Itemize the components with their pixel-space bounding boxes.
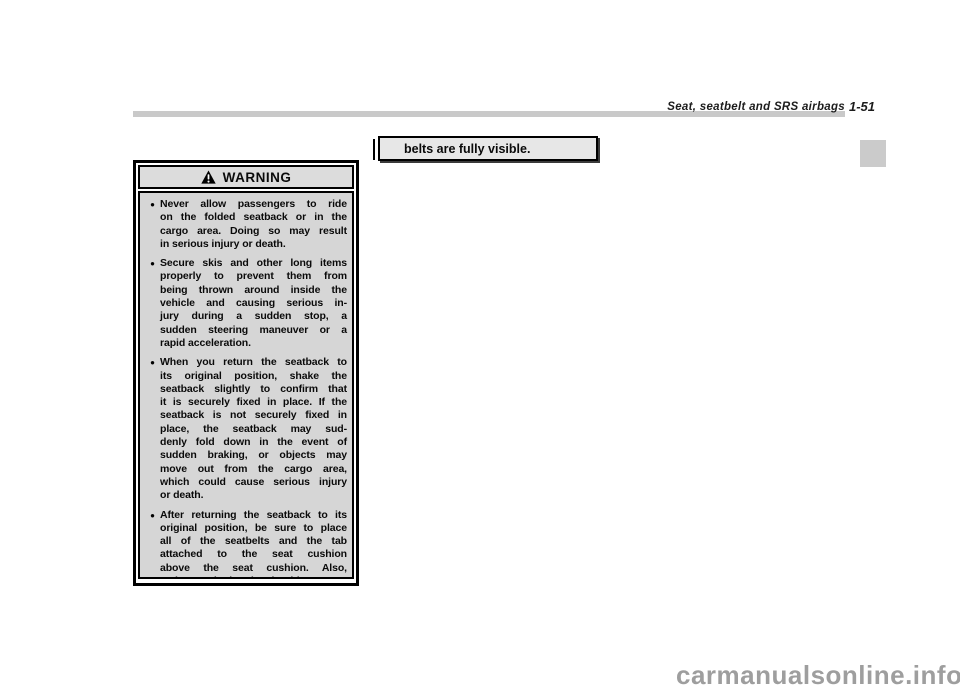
warning-body: ●Never allow passengers to rideon the fo… bbox=[138, 191, 354, 579]
warning-text-line: properly to prevent them from bbox=[160, 270, 347, 283]
warning-text-line: original position, be sure to place bbox=[160, 522, 347, 535]
warning-text-line: being thrown around inside the bbox=[160, 284, 347, 297]
warning-text-line: vehicle and causing serious in- bbox=[160, 297, 347, 310]
warning-bullet-item: ●Never allow passengers to rideon the fo… bbox=[145, 198, 347, 251]
warning-text-line: or death. bbox=[160, 489, 347, 502]
warning-text-line: its original position, shake the bbox=[160, 370, 347, 383]
warning-text-line: seatback slightly to confirm that bbox=[160, 383, 347, 396]
warning-text-line: cargo area. Doing so may result bbox=[160, 225, 347, 238]
warning-bullet-item: ●When you return the seatback toits orig… bbox=[145, 356, 347, 502]
continuation-text-box: belts are fully visible. bbox=[378, 136, 598, 161]
warning-text-line: which could cause serious injury bbox=[160, 476, 347, 489]
warning-text-line: When you return the seatback to bbox=[160, 356, 347, 369]
warning-text-line: Never allow passengers to ride bbox=[160, 198, 347, 211]
warning-text-line: sudden braking, or objects may bbox=[160, 449, 347, 462]
warning-text-line: seatback is not securely fixed in bbox=[160, 409, 347, 422]
warning-title-box: WARNING bbox=[138, 165, 354, 189]
warning-bullet-item: ●After returning the seatback to itsorig… bbox=[145, 509, 347, 579]
warning-text-line: attached to the seat cushion bbox=[160, 548, 347, 561]
warning-text-line: sudden steering maneuver or a bbox=[160, 324, 347, 337]
warning-triangle-icon bbox=[201, 170, 216, 184]
bullet-icon: ● bbox=[145, 257, 160, 350]
bullet-icon: ● bbox=[145, 198, 160, 251]
warning-bullet-text: Never allow passengers to rideon the fol… bbox=[160, 198, 347, 251]
header-section-title: Seat, seatbelt and SRS airbags bbox=[420, 101, 845, 113]
warning-text-line: denly fold down in the event of bbox=[160, 436, 347, 449]
warning-bullet-text: Secure skis and other long itemsproperly… bbox=[160, 257, 347, 350]
warning-bullet-text: After returning the seatback to itsorigi… bbox=[160, 509, 347, 579]
warning-text-line: make certain that the shoulder bbox=[160, 575, 347, 579]
watermark: carmanualsonline.info bbox=[676, 660, 960, 691]
warning-text-line: all of the seatbelts and the tab bbox=[160, 535, 347, 548]
warning-bullet-text: When you return the seatback toits origi… bbox=[160, 356, 347, 502]
warning-text-line: After returning the seatback to its bbox=[160, 509, 347, 522]
warning-box: WARNING ●Never allow passengers to rideo… bbox=[133, 160, 359, 586]
warning-text-line: jury during a sudden stop, a bbox=[160, 310, 347, 323]
warning-bullet-item: ●Secure skis and other long itemsproperl… bbox=[145, 257, 347, 350]
chapter-tab bbox=[860, 140, 886, 167]
warning-text-line: in serious injury or death. bbox=[160, 238, 347, 251]
continuation-text: belts are fully visible. bbox=[404, 142, 530, 156]
header-page-number: 1-51 bbox=[849, 99, 875, 114]
manual-page: Seat, seatbelt and SRS airbags 1-51 belt… bbox=[0, 0, 960, 691]
bullet-icon: ● bbox=[145, 356, 160, 502]
warning-title: WARNING bbox=[223, 170, 292, 185]
warning-text-line: place, the seatback may sud- bbox=[160, 423, 347, 436]
warning-text-line: above the seat cushion. Also, bbox=[160, 562, 347, 575]
warning-text-line: Secure skis and other long items bbox=[160, 257, 347, 270]
warning-text-line: on the folded seatback or in the bbox=[160, 211, 347, 224]
warning-text-line: rapid acceleration. bbox=[160, 337, 347, 350]
warning-text-line: it is securely fixed in place. If the bbox=[160, 396, 347, 409]
warning-text-line: move out from the cargo area, bbox=[160, 463, 347, 476]
continuation-tick bbox=[373, 139, 375, 160]
bullet-icon: ● bbox=[145, 509, 160, 579]
